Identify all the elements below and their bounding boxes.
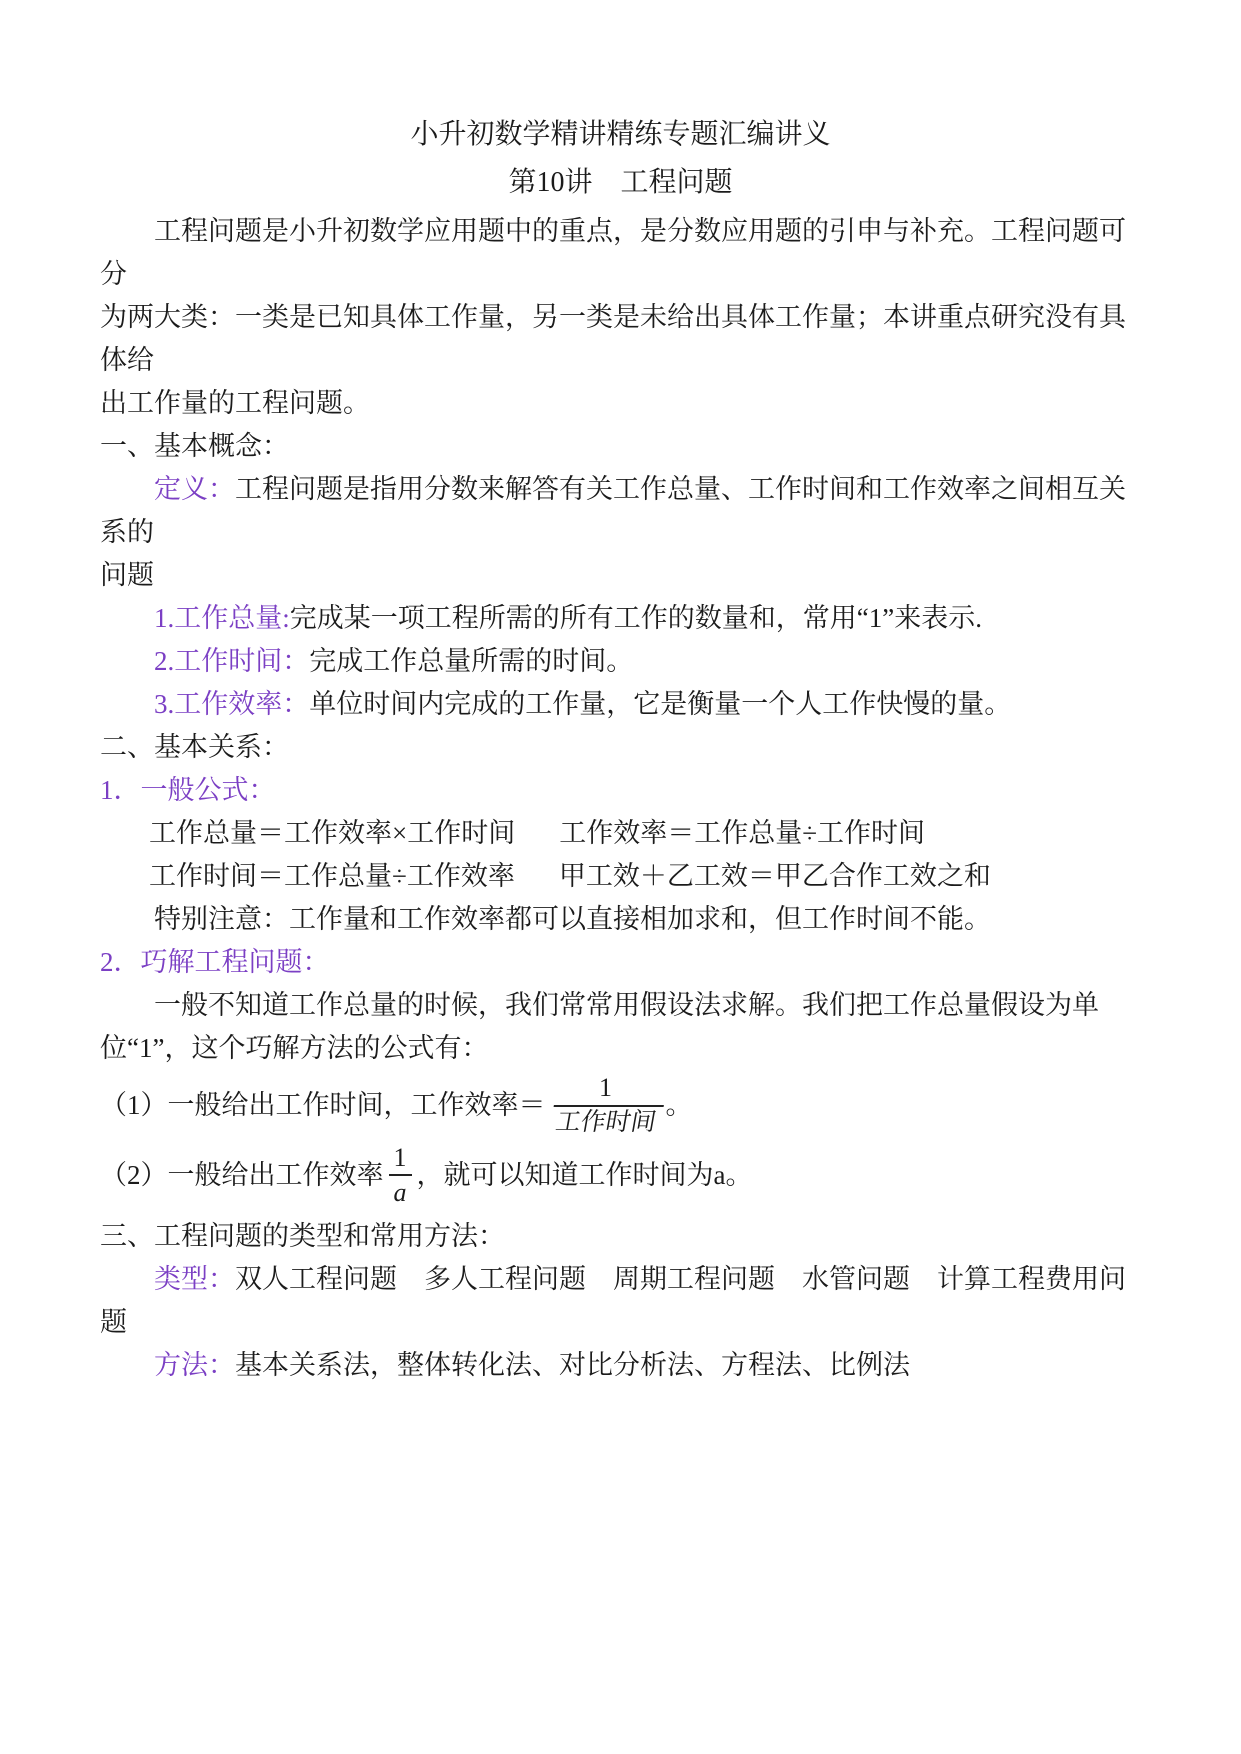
formula-work-time: 工作时间＝工作总量÷工作效率 — [149, 855, 515, 898]
section1-heading: 一、基本概念： — [100, 425, 1141, 468]
concept-item-label: 2.工作时间： — [154, 646, 309, 676]
concept-item-label: 1.工作总量: — [154, 603, 290, 633]
document-page: 小升初数学精讲精练专题汇编讲义 第10讲 工程问题 工程问题是小升初数学应用题中… — [0, 0, 1241, 1754]
intro-line-1: 工程问题是小升初数学应用题中的重点，是分数应用题的引申与补充。工程问题可分 — [100, 210, 1141, 296]
general-formula-label: 1．一般公式： — [100, 769, 1141, 812]
clever-solution-paragraph: 一般不知道工作总量的时候，我们常常用假设法求解。我们把工作总量假设为单 位“1”… — [100, 984, 1141, 1070]
definition-label: 定义： — [154, 474, 235, 504]
definition-line-1: 定义：工程问题是指用分数来解答有关工作总量、工作时间和工作效率之间相互关系的 — [100, 468, 1141, 554]
formula-row-2: 工作时间＝工作总量÷工作效率 甲工效＋乙工效＝甲乙合作工效之和 — [100, 855, 1141, 898]
formula-1-suffix: 。 — [666, 1089, 693, 1121]
fraction-one-over-a: 1a — [389, 1142, 412, 1208]
concept-item-work-efficiency: 3.工作效率：单位时间内完成的工作量，它是衡量一个人工作快慢的量。 — [100, 683, 1141, 726]
formula-2-suffix: ，就可以知道工作时间为a。 — [417, 1159, 753, 1191]
concept-item-total-work: 1.工作总量:完成某一项工程所需的所有工作的数量和，常用“1”来表示. — [100, 597, 1141, 640]
section3-heading: 三、工程问题的类型和常用方法： — [100, 1215, 1141, 1258]
section2-heading: 二、基本关系： — [100, 726, 1141, 769]
type-label: 类型： — [154, 1264, 235, 1294]
formula-2: （2）一般给出工作效率1a，就可以知道工作时间为a。 — [100, 1140, 1141, 1210]
intro-line-3: 出工作量的工程问题。 — [100, 382, 1141, 425]
clever-solution-label: 2．巧解工程问题： — [100, 941, 1141, 984]
doc-title: 小升初数学精讲精练专题汇编讲义 — [100, 111, 1141, 159]
formula-row-1: 工作总量＝工作效率×工作时间 工作效率＝工作总量÷工作时间 — [100, 812, 1141, 855]
fraction-numerator: 1 — [595, 1072, 616, 1104]
clever-paragraph-line-2: 位“1”，这个巧解方法的公式有： — [100, 1027, 1141, 1070]
formula-efficiency: 工作效率＝工作总量÷工作时间 — [559, 812, 925, 855]
fraction-efficiency: 1工作时间 — [551, 1072, 661, 1137]
type-line: 类型：双人工程问题 多人工程问题 周期工程问题 水管问题 计算工程费用问题 — [100, 1258, 1141, 1344]
method-line: 方法：基本关系法，整体转化法、对比分析法、方程法、比例法 — [100, 1344, 1141, 1387]
formula-2-prefix: （2）一般给出工作效率 — [100, 1159, 384, 1191]
fraction-denominator: a — [389, 1174, 412, 1208]
clever-paragraph-line-1: 一般不知道工作总量的时候，我们常常用假设法求解。我们把工作总量假设为单 — [100, 984, 1141, 1027]
formula-1-prefix: （1）一般给出工作时间，工作效率＝ — [100, 1089, 546, 1121]
formula-total-work: 工作总量＝工作效率×工作时间 — [149, 812, 515, 855]
fraction-denominator: 工作时间 — [548, 1105, 664, 1138]
doc-subtitle: 第10讲 工程问题 — [100, 159, 1141, 207]
intro-line-2: 为两大类：一类是已知具体工作量，另一类是未给出具体工作量；本讲重点研究没有具体给 — [100, 296, 1141, 382]
intro-paragraph: 工程问题是小升初数学应用题中的重点，是分数应用题的引申与补充。工程问题可分 为两… — [100, 210, 1141, 425]
concept-item-label: 3.工作效率： — [154, 689, 309, 719]
definition-paragraph: 定义：工程问题是指用分数来解答有关工作总量、工作时间和工作效率之间相互关系的 问… — [100, 468, 1141, 597]
concept-item-text: 完成某一项工程所需的所有工作的数量和，常用“1”来表示. — [290, 603, 982, 633]
method-label: 方法： — [154, 1350, 235, 1380]
fraction-numerator: 1 — [390, 1142, 411, 1174]
concept-item-text: 完成工作总量所需的时间。 — [309, 646, 633, 676]
formula-note: 特别注意：工作量和工作效率都可以直接相加求和，但工作时间不能。 — [100, 898, 1141, 941]
concept-item-text: 单位时间内完成的工作量，它是衡量一个人工作快慢的量。 — [309, 689, 1011, 719]
concept-item-work-time: 2.工作时间：完成工作总量所需的时间。 — [100, 640, 1141, 683]
definition-line-2: 问题 — [100, 554, 1141, 597]
definition-text: 工程问题是指用分数来解答有关工作总量、工作时间和工作效率之间相互关系的 — [100, 474, 1126, 547]
method-text: 基本关系法，整体转化法、对比分析法、方程法、比例法 — [235, 1350, 910, 1380]
formula-combined-efficiency: 甲工效＋乙工效＝甲乙合作工效之和 — [559, 855, 991, 898]
formula-1: （1）一般给出工作时间，工作效率＝1工作时间。 — [100, 1070, 1141, 1140]
type-text: 双人工程问题 多人工程问题 周期工程问题 水管问题 计算工程费用问题 — [100, 1264, 1126, 1337]
